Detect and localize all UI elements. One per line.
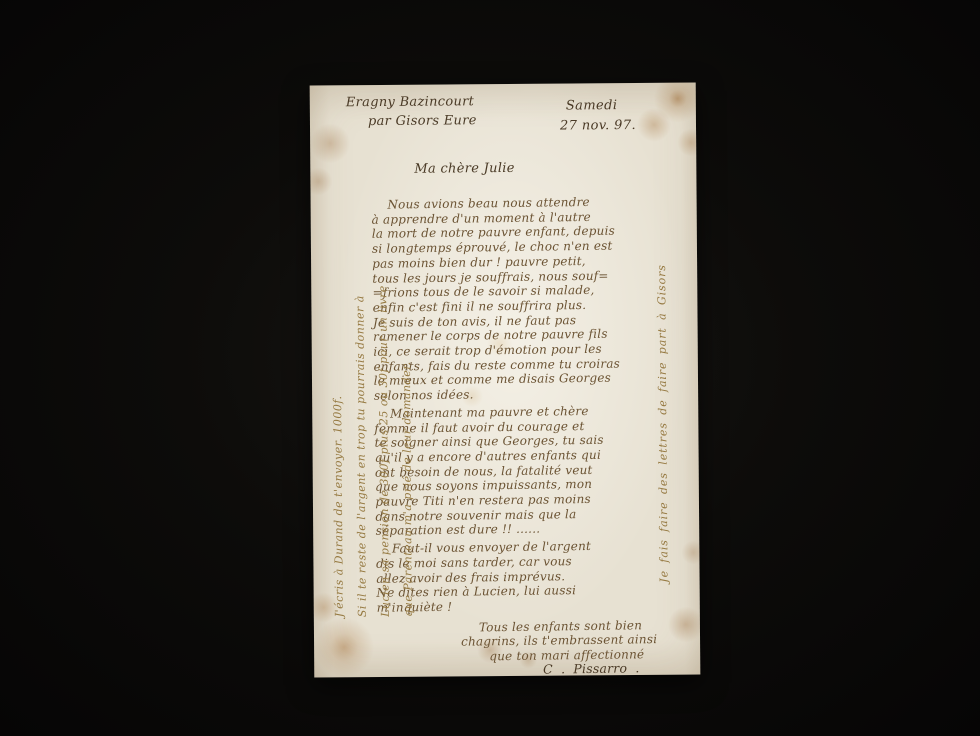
margin-note-line: J'écris à Durand de t'envoyer. 1000f.	[325, 223, 351, 617]
date-line: Samedi	[566, 96, 636, 117]
margin-note-line: que Parenteau m'a prié de leur demander.	[394, 223, 420, 617]
salutation: Ma chère Julie	[414, 161, 514, 177]
address-line: Eragny Bazincourt	[346, 92, 477, 112]
left-margin-note: J'écris à Durand de t'envoyer. 1000f. Si…	[325, 223, 420, 618]
closing: Tous les enfants sont bien chagrins, ils…	[377, 618, 666, 680]
date-line: 27 nov. 97.	[560, 116, 636, 137]
letter-paper: Eragny Bazincourt par Gisors Eure Samedi…	[310, 82, 701, 677]
margin-note-line: Je fais faire des lettres de faire part …	[655, 189, 671, 583]
margin-note-line: Lucien sa pension de 300f plus 25 ou 30f…	[371, 223, 397, 617]
address-line: par Gisors Eure	[368, 111, 477, 131]
photo-background: Eragny Bazincourt par Gisors Eure Samedi…	[0, 0, 980, 736]
margin-note-line: Si il te reste de l'argent en trop tu po…	[348, 223, 374, 617]
letter-date: Samedi 27 nov. 97.	[566, 96, 636, 137]
right-margin-note: Je fais faire des lettres de faire part …	[655, 189, 671, 583]
sender-address: Eragny Bazincourt par Gisors Eure	[346, 92, 477, 131]
